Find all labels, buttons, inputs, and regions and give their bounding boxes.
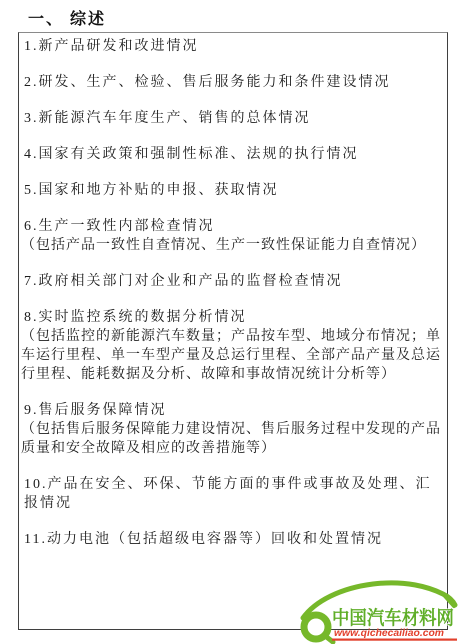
item-text: 1.新产品研发和改进情况 bbox=[24, 37, 443, 56]
document-page: 一、 综述 1.新产品研发和改进情况 2.研发、生产、检验、售后服务能力和条件建… bbox=[0, 0, 458, 644]
wheel-icon bbox=[304, 615, 333, 642]
item-text: 9.售后服务保障情况 bbox=[24, 401, 443, 420]
list-item: 3.新能源汽车年度生产、销售的总体情况 bbox=[24, 109, 443, 128]
item-text: 7.政府相关部门对企业和产品的监督检查情况 bbox=[24, 272, 443, 291]
item-text: 10.产品在安全、环保、节能方面的事件或事故及处理、汇报情况 bbox=[24, 475, 443, 513]
list-item: 9.售后服务保障情况 （包括售后服务保障能力建设情况、售后服务过程中发现的产品质… bbox=[24, 401, 443, 458]
site-watermark-logo: 中国汽车材料网 www.qichecailiao.com bbox=[299, 577, 458, 644]
list-item: 11.动力电池（包括超级电容器等）回收和处置情况 bbox=[24, 530, 443, 549]
overview-table: 1.新产品研发和改进情况 2.研发、生产、检验、售后服务能力和条件建设情况 3.… bbox=[18, 32, 448, 630]
list-item: 5.国家和地方补贴的申报、获取情况 bbox=[24, 181, 443, 200]
item-text: 11.动力电池（包括超级电容器等）回收和处置情况 bbox=[24, 530, 443, 549]
list-item: 4.国家有关政策和强制性标准、法规的执行情况 bbox=[24, 145, 443, 164]
list-item: 7.政府相关部门对企业和产品的监督检查情况 bbox=[24, 272, 443, 291]
item-note: （包括售后服务保障能力建设情况、售后服务过程中发现的产品质量和安全故障及相应的改… bbox=[21, 420, 443, 458]
item-text: 5.国家和地方补贴的申报、获取情况 bbox=[24, 181, 443, 200]
item-text: 2.研发、生产、检验、售后服务能力和条件建设情况 bbox=[24, 73, 443, 92]
item-text: 6.生产一致性内部检查情况 bbox=[24, 217, 443, 236]
item-text: 3.新能源汽车年度生产、销售的总体情况 bbox=[24, 109, 443, 128]
item-text: 8.实时监控系统的数据分析情况 bbox=[24, 308, 443, 327]
list-item: 6.生产一致性内部检查情况 （包括产品一致性自查情况、生产一致性保证能力自查情况… bbox=[24, 217, 443, 255]
list-item: 2.研发、生产、检验、售后服务能力和条件建设情况 bbox=[24, 73, 443, 92]
site-url-text: www.qichecailiao.com bbox=[334, 628, 444, 639]
item-note: （包括产品一致性自查情况、生产一致性保证能力自查情况） bbox=[21, 236, 443, 255]
site-name-text: 中国汽车材料网 bbox=[332, 606, 454, 629]
item-text: 4.国家有关政策和强制性标准、法规的执行情况 bbox=[24, 145, 443, 164]
item-note: （包括监控的新能源汽车数量；产品按车型、地域分布情况；单车运行里程、单一车型产量… bbox=[21, 327, 443, 384]
list-item: 8.实时监控系统的数据分析情况 （包括监控的新能源汽车数量；产品按车型、地域分布… bbox=[24, 308, 443, 384]
list-item: 10.产品在安全、环保、节能方面的事件或事故及处理、汇报情况 bbox=[24, 475, 443, 513]
url-underline bbox=[332, 639, 457, 641]
list-item: 1.新产品研发和改进情况 bbox=[24, 37, 443, 56]
section-title: 一、 综述 bbox=[28, 6, 106, 29]
